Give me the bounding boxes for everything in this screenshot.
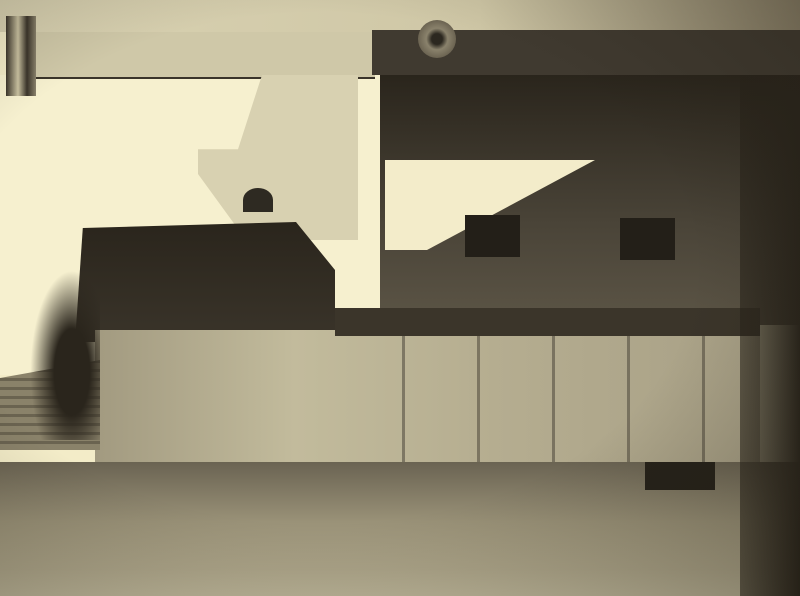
light-beam xyxy=(35,32,375,79)
wall-window xyxy=(465,215,520,257)
wall-ledge xyxy=(335,308,760,336)
dark-roof-mass xyxy=(75,222,335,342)
photograph xyxy=(0,0,800,596)
dark-step xyxy=(645,462,715,490)
wall-window xyxy=(620,218,675,260)
top-wall-band xyxy=(0,0,800,32)
beam-rosette xyxy=(418,20,456,58)
stone-joints xyxy=(330,335,760,463)
right-shadow xyxy=(740,75,800,596)
tree-foliage xyxy=(30,270,100,440)
arched-window xyxy=(243,188,273,212)
corner-post xyxy=(6,16,36,96)
